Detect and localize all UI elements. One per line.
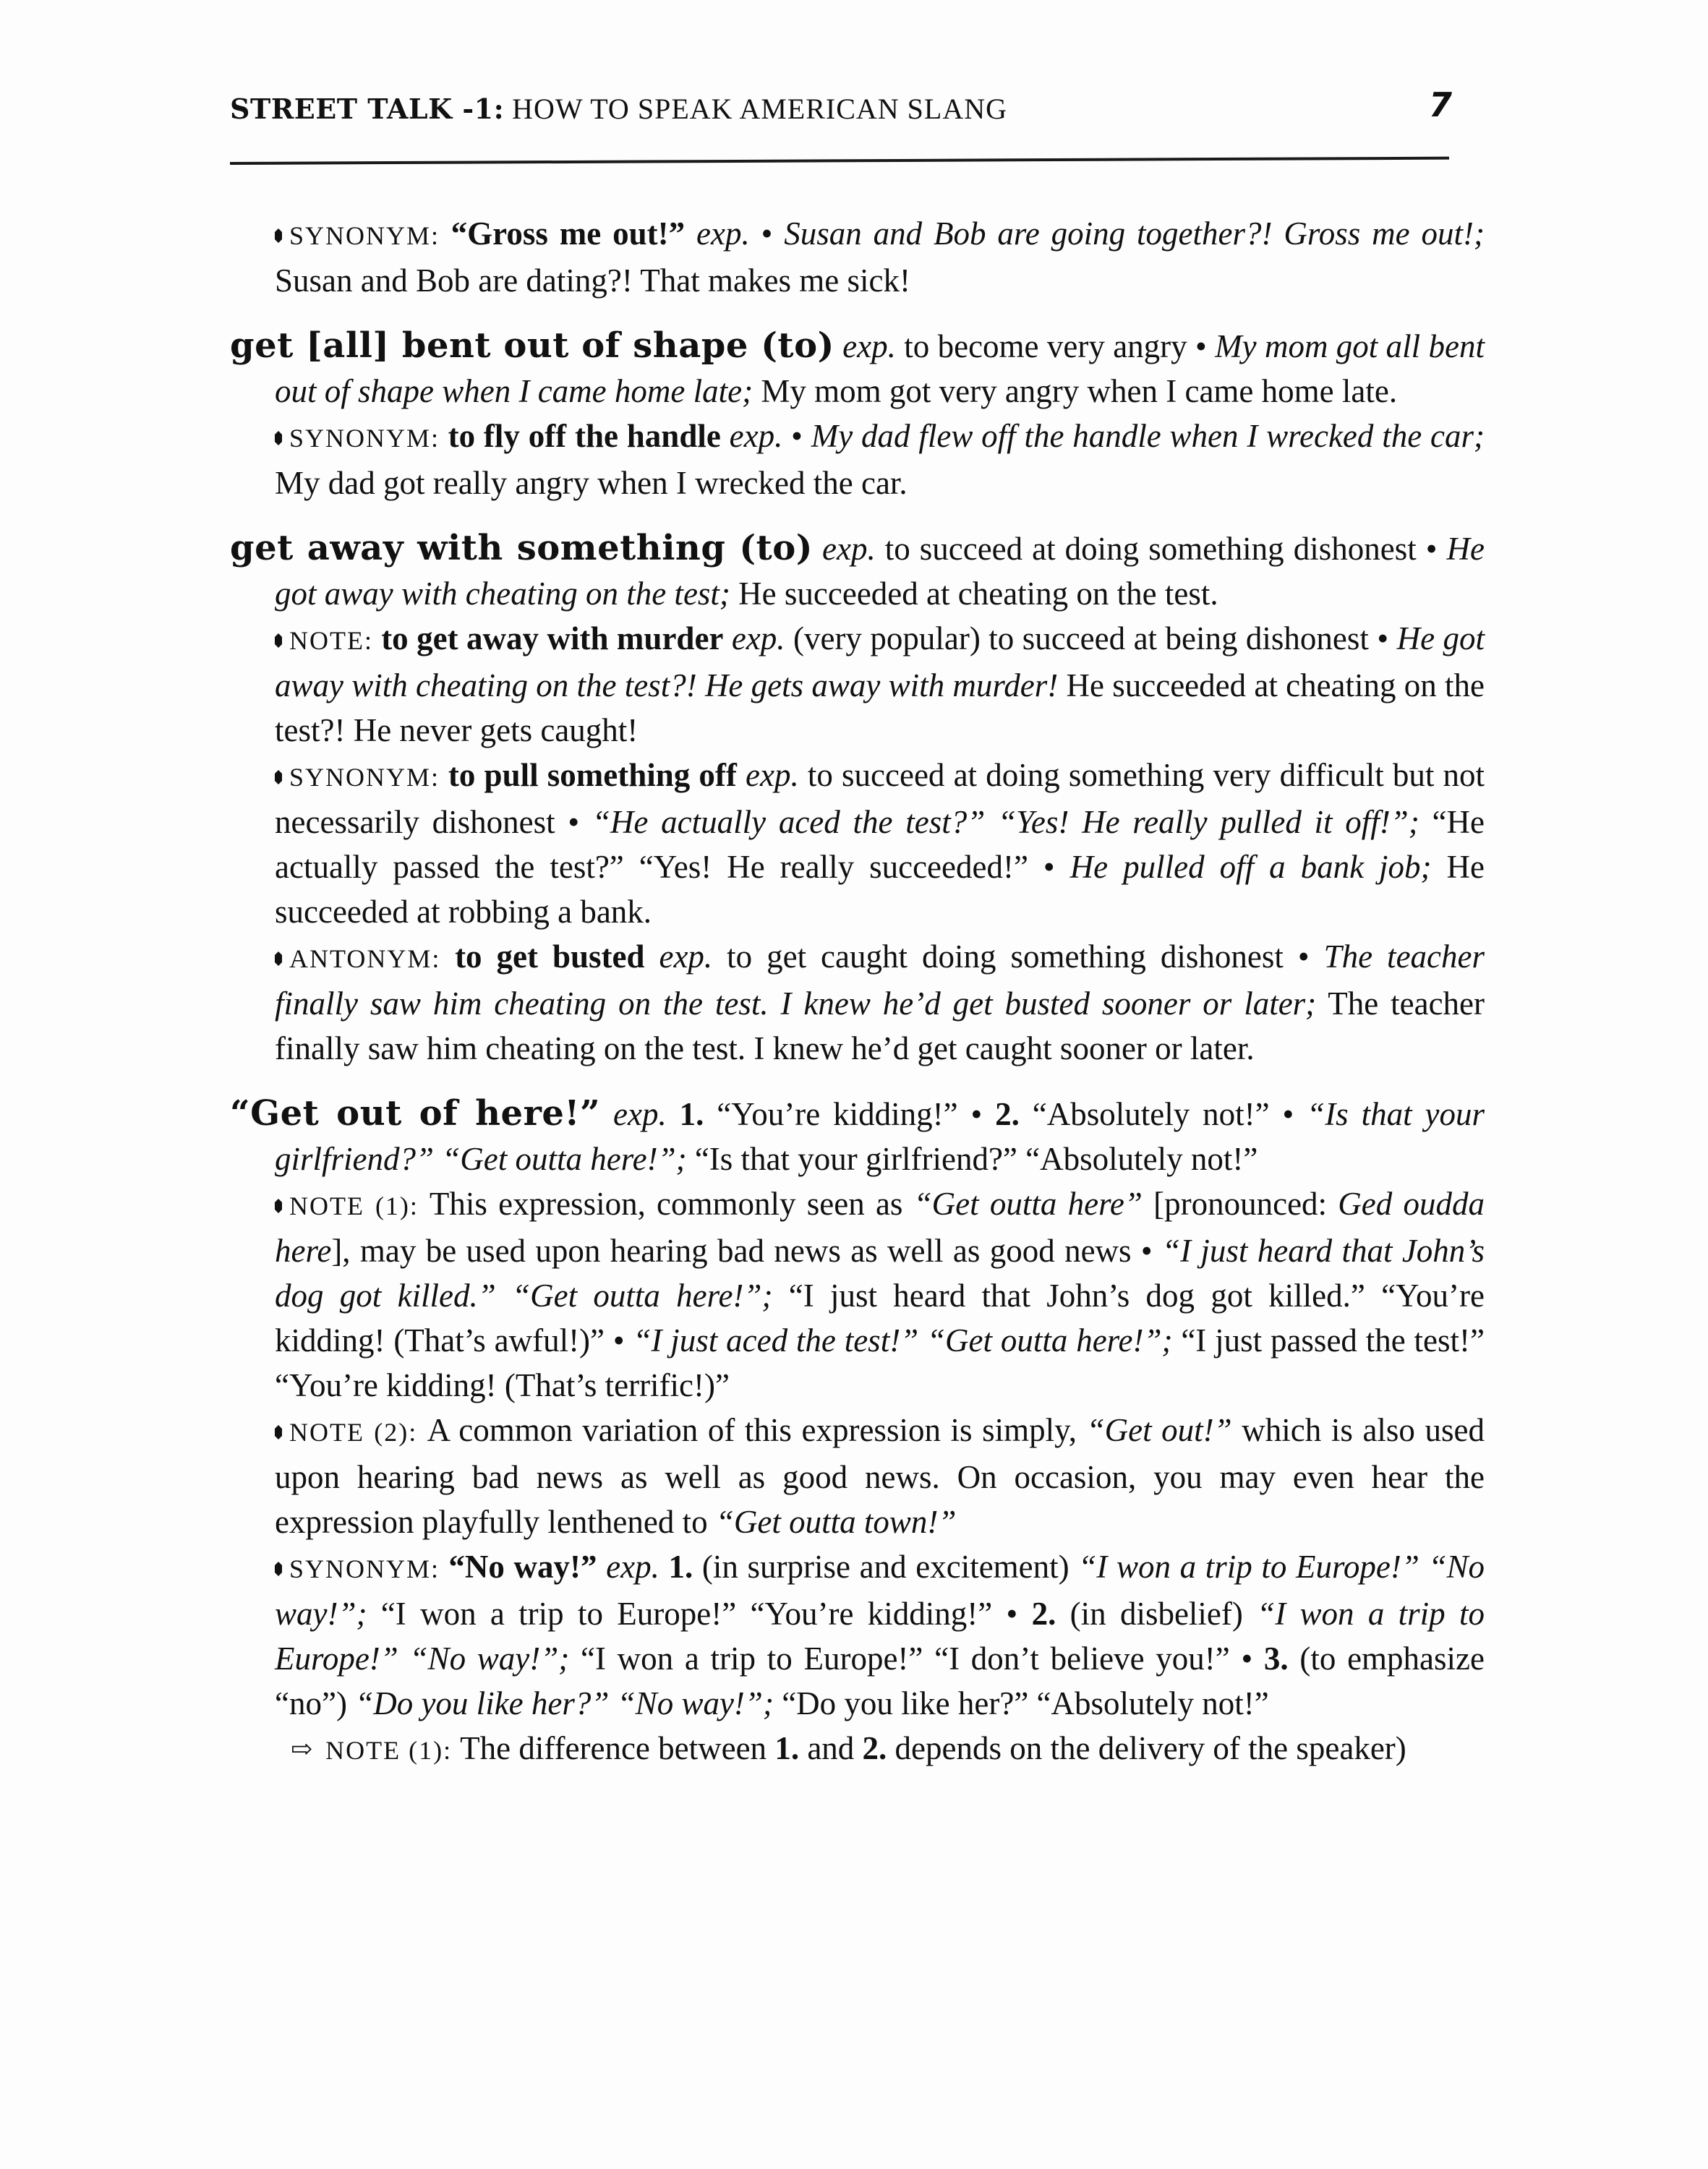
text-run: [pronounced:	[1143, 1186, 1338, 1222]
hollow-arrow-icon: ⇨	[291, 1727, 312, 1771]
note-paragraph: NOTE: to get away with murder exp. (very…	[275, 616, 1485, 753]
italic-example: “I just aced the test!” “Get outta here!…	[633, 1322, 1172, 1359]
text-run: The difference between	[460, 1730, 774, 1766]
text-run: ], may be used upon hearing bad news as …	[331, 1233, 1162, 1269]
note-label: ANTONYM:	[289, 944, 455, 973]
note-paragraph: SYNONYM: to fly off the handle exp. • My…	[275, 414, 1485, 505]
text-run: He succeeded at cheating on the test.	[730, 576, 1218, 612]
diamond-bullet-icon	[275, 1199, 282, 1213]
text-run: “You’re kidding!” •	[704, 1096, 995, 1132]
text-run: and	[799, 1730, 862, 1766]
italic-example: “Get out!”	[1087, 1412, 1232, 1448]
text-run: “I won a trip to Europe!” “You’re kiddin…	[367, 1596, 1032, 1632]
running-title: STREET TALK -1: HOW TO SPEAK AMERICAN SL…	[230, 92, 1007, 126]
diamond-bullet-icon	[275, 228, 282, 243]
header-rule	[230, 157, 1449, 165]
text-run: “Do you like her?” “Absolutely not!”	[774, 1685, 1269, 1721]
italic-example: exp.	[813, 531, 876, 567]
diamond-bullet-icon	[275, 1562, 282, 1576]
headword: “Get out of here!”	[230, 1093, 600, 1134]
text-run: depends on the delivery of the speaker)	[887, 1730, 1406, 1766]
diamond-bullet-icon	[275, 951, 282, 966]
text-run: My dad got really angry when I wrecked t…	[275, 465, 908, 501]
text-run: •	[750, 215, 785, 252]
text-run: My mom got very angry when I came home l…	[753, 373, 1397, 409]
italic-example: “Do you like her?” “No way!”;	[355, 1685, 774, 1721]
bold-term: 1.	[680, 1096, 704, 1132]
text-run: to become very angry •	[896, 328, 1215, 364]
headword: get [all] bent out of shape (to)	[230, 325, 834, 366]
italic-example: exp.	[600, 1096, 667, 1132]
bold-term: to get busted	[455, 938, 644, 975]
bold-term: 1.	[774, 1730, 799, 1766]
bold-term: “Gross me out!”	[451, 215, 696, 252]
bold-term: 1.	[669, 1549, 693, 1585]
italic-example: “He actually aced the test?” “Yes! He re…	[592, 804, 1419, 840]
text-run: (in disbelief)	[1056, 1596, 1257, 1632]
italic-example: exp.	[696, 215, 750, 252]
italic-example: He pulled off a bank job;	[1070, 849, 1432, 885]
book-title: HOW TO SPEAK AMERICAN SLANG	[512, 93, 1007, 125]
bold-term: 2.	[1032, 1596, 1056, 1632]
book-page: STREET TALK -1: HOW TO SPEAK AMERICAN SL…	[0, 0, 1708, 2169]
bold-term: to fly off the handle	[448, 418, 721, 454]
bold-term: “No way!”	[448, 1549, 597, 1585]
text-run: (very popular) to succeed at being disho…	[785, 620, 1397, 656]
italic-example: exp.	[834, 328, 896, 364]
text-run	[667, 1096, 680, 1132]
note-paragraph: SYNONYM: “Gross me out!” exp. • Susan an…	[275, 211, 1485, 303]
diamond-bullet-icon	[275, 431, 282, 445]
italic-example: exp.	[723, 620, 785, 656]
dictionary-entry: “Get out of here!” exp. 1. “You’re kiddi…	[230, 1091, 1485, 1773]
note-paragraph: SYNONYM: to pull something off exp. to s…	[275, 753, 1485, 934]
note-label: NOTE:	[289, 626, 381, 655]
italic-example: exp.	[737, 757, 799, 793]
italic-example: “Get outta here”	[914, 1186, 1143, 1222]
note-paragraph: NOTE (1): This expression, commonly seen…	[275, 1181, 1485, 1408]
text-run: Susan and Bob are dating?! That makes me…	[275, 262, 910, 299]
text-run: •	[782, 418, 811, 454]
note-paragraph: NOTE (2): A common variation of this exp…	[275, 1408, 1485, 1544]
page-number: 7	[1429, 85, 1452, 124]
text-run: “I won a trip to Europe!” “I don’t belie…	[569, 1640, 1264, 1677]
text-run: “Absolutely not!” •	[1020, 1096, 1307, 1132]
note-paragraph: ANTONYM: to get busted exp. to get caugh…	[275, 934, 1485, 1071]
sub-note-paragraph: ⇨NOTE (1): The difference between 1. and…	[275, 1726, 1485, 1773]
note-label: SYNONYM:	[289, 221, 451, 250]
dictionary-entry: get away with something (to) exp. to suc…	[230, 526, 1485, 1071]
note-label: SYNONYM:	[289, 763, 448, 792]
note-label: SYNONYM:	[289, 424, 448, 453]
text-run: A common variation of this expression is…	[427, 1412, 1087, 1448]
running-header: STREET TALK -1: HOW TO SPEAK AMERICAN SL…	[230, 81, 1452, 132]
note-label: NOTE (1):	[289, 1192, 430, 1220]
headword: get away with something (to)	[230, 528, 813, 568]
entry-definition: get [all] bent out of shape (to) exp. to…	[230, 323, 1485, 414]
note-label: SYNONYM:	[289, 1554, 448, 1583]
italic-example: Susan and Bob are going together?! Gross…	[784, 215, 1485, 252]
text-run: This expression, commonly seen as	[430, 1186, 914, 1222]
text-run: (in surprise and excitement)	[693, 1549, 1078, 1585]
entry-definition: get away with something (to) exp. to suc…	[230, 526, 1485, 616]
italic-example: exp.	[721, 418, 783, 454]
diamond-bullet-icon	[275, 633, 282, 648]
bold-term: 3.	[1264, 1640, 1289, 1677]
italic-example: “Get outta town!”	[716, 1504, 957, 1540]
note-label: NOTE (1):	[325, 1736, 460, 1765]
series-title: STREET TALK -1:	[230, 93, 504, 125]
diamond-bullet-icon	[275, 770, 282, 784]
italic-example: exp.	[597, 1549, 659, 1585]
dictionary-entries: SYNONYM: “Gross me out!” exp. • Susan an…	[230, 211, 1485, 1773]
dictionary-entry: SYNONYM: “Gross me out!” exp. • Susan an…	[230, 211, 1485, 303]
text-run	[659, 1549, 669, 1585]
bold-term: 2.	[995, 1096, 1020, 1132]
note-label: NOTE (2):	[289, 1418, 427, 1447]
bold-term: to get away with murder	[381, 620, 723, 656]
italic-example: exp.	[645, 938, 713, 975]
italic-example: My dad flew off the handle when I wrecke…	[811, 418, 1485, 454]
text-run: “Is that your girlfriend?” “Absolutely n…	[687, 1141, 1258, 1177]
entry-definition: “Get out of here!” exp. 1. “You’re kiddi…	[230, 1091, 1485, 1181]
bold-term: to pull something off	[448, 757, 737, 793]
text-run: to get caught doing something dishonest …	[712, 938, 1323, 975]
bold-term: 2.	[863, 1730, 887, 1766]
note-paragraph: SYNONYM: “No way!” exp. 1. (in surprise …	[275, 1544, 1485, 1726]
diamond-bullet-icon	[275, 1425, 282, 1439]
text-run: to succeed at doing something dishonest …	[876, 531, 1447, 567]
dictionary-entry: get [all] bent out of shape (to) exp. to…	[230, 323, 1485, 505]
